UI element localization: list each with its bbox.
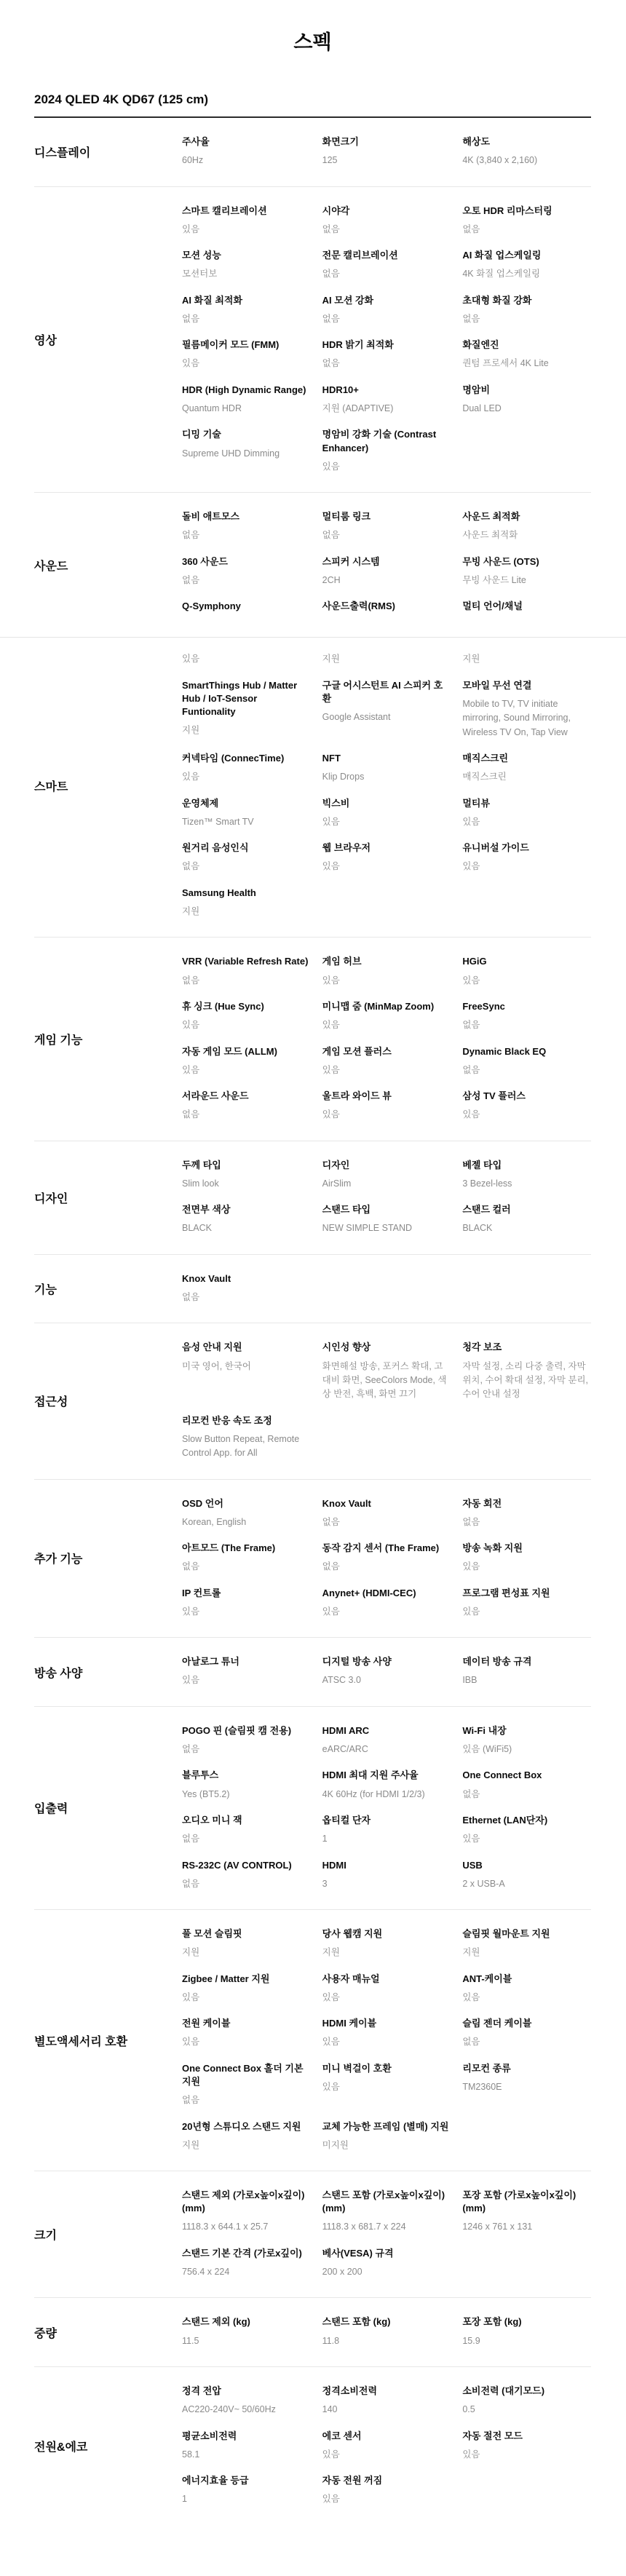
spec-value: 있음: [462, 2448, 591, 2462]
spec-item: POGO 핀 (슬림핏 캠 전용)없음: [182, 1724, 311, 1757]
spec-label: NFT: [322, 752, 451, 765]
spec-value: 0.5: [462, 2403, 591, 2417]
spec-section: 전원&에코정격 전압AC220-240V~ 50/60Hz정격소비전력140소비…: [34, 2366, 591, 2525]
spec-item: 오디오 미니 잭없음: [182, 1814, 311, 1847]
spec-value: 3 Bezel-less: [462, 1177, 591, 1191]
spec-label: 삼성 TV 플러스: [462, 1090, 591, 1103]
spec-item: 멀티룸 링크없음: [322, 510, 451, 543]
spec-value: 있음: [322, 860, 451, 873]
spec-item: 스탠드 포함 (가로x높이x깊이) (mm)1118.3 x 681.7 x 2…: [322, 2189, 451, 2235]
spec-item: One Connect Box없음: [462, 1769, 591, 1802]
spec-value: 지원: [322, 1946, 451, 1959]
spec-value: 58.1: [182, 2448, 311, 2462]
spec-label: 초대형 화질 강화: [462, 294, 591, 307]
spec-item: Q-Symphony: [182, 600, 311, 619]
spec-value: 140: [322, 2403, 451, 2417]
spec-item: HDR10+지원 (ADAPTIVE): [322, 384, 451, 416]
spec-item: 리모컨 종류TM2360E: [462, 2062, 591, 2108]
spec-label: 게임 허브: [322, 955, 451, 968]
spec-value: 있음: [322, 2492, 451, 2506]
spec-label: 원거리 음성인식: [182, 841, 311, 855]
spec-item: 교체 가능한 프레임 (별매) 지원미지원: [322, 2120, 451, 2153]
spec-value: 있음: [322, 1605, 451, 1619]
spec-item: 자동 절전 모드있음: [462, 2430, 591, 2462]
spec-label: 화면크기: [322, 135, 451, 148]
spec-value: 없음: [322, 1560, 451, 1574]
spec-label: 스마트 캘리브레이션: [182, 205, 311, 218]
spec-item: Anynet+ (HDMI-CEC)있음: [322, 1587, 451, 1620]
section-title: 방송 사양: [34, 1655, 182, 1700]
spec-label: 디밍 기술: [182, 428, 311, 441]
spec-label: Knox Vault: [182, 1272, 311, 1285]
spec-section: 사운드돌비 애트모스없음멀티룸 링크없음사운드 최적화사운드 최적화360 사운…: [34, 492, 591, 637]
spec-value: 1: [322, 1832, 451, 1846]
spec-value: 없음: [182, 1877, 311, 1891]
spec-value: 있음: [322, 2448, 451, 2462]
spec-value: 있음: [322, 974, 451, 988]
spec-label: 슬림 젠더 케이블: [462, 2017, 591, 2030]
spec-item: 미니 벽걸이 호환있음: [322, 2062, 451, 2108]
spec-label: 에너지효율 등급: [182, 2474, 311, 2487]
spec-label: 데이터 방송 규격: [462, 1655, 591, 1668]
spec-value: 미국 영어, 한국어: [182, 1360, 311, 1374]
spec-item: 20년형 스튜디오 스탠드 지원지원: [182, 2120, 311, 2153]
spec-item: Samsung Health지원: [182, 887, 311, 919]
spec-item: 정격소비전력140: [322, 2385, 451, 2417]
section-grid: 스탠드 제외 (kg)11.5스탠드 포함 (kg)11.8포장 포함 (kg)…: [182, 2315, 591, 2361]
spec-value: 15.9: [462, 2334, 591, 2348]
spec-page: 스펙 2024 QLED 4K QD67 (125 cm) 디스플레이주사율60…: [0, 0, 626, 2576]
spec-label: HDR (High Dynamic Range): [182, 384, 311, 397]
spec-item: 스탠드 제외 (kg)11.5: [182, 2315, 311, 2348]
spec-item: 울트라 와이드 뷰있음: [322, 1090, 451, 1122]
section-grid: 주사율60Hz화면크기125해상도4K (3,840 x 2,160): [182, 135, 591, 181]
spec-label: 전면부 색상: [182, 1203, 311, 1216]
spec-value: 지원: [182, 905, 311, 919]
spec-value: 없음: [322, 223, 451, 237]
spec-label: 동작 감지 센서 (The Frame): [322, 1542, 451, 1555]
spec-item: 서라운드 사운드없음: [182, 1090, 311, 1122]
spec-label: 웹 브라우저: [322, 841, 451, 855]
spec-value: 무빙 사운드 Lite: [462, 574, 591, 587]
spec-item: 베젤 타입3 Bezel-less: [462, 1159, 591, 1192]
spec-value: 없음: [182, 860, 311, 873]
spec-item: 스마트 캘리브레이션있음: [182, 205, 311, 237]
spec-item: 청각 보조자막 설정, 소리 다중 출력, 자막 위치, 수어 확대 설정, 자…: [462, 1341, 591, 1401]
spec-label: 스피커 시스템: [322, 555, 451, 568]
spec-label: 스탠드 기본 간격 (가로x깊이): [182, 2247, 311, 2260]
spec-item: 휴 싱크 (Hue Sync)있음: [182, 1000, 311, 1033]
spec-value: Mobile to TV, TV initiate mirroring, Sou…: [462, 697, 591, 740]
spec-label: Dynamic Black EQ: [462, 1045, 591, 1058]
spec-item: 스탠드 포함 (kg)11.8: [322, 2315, 451, 2348]
spec-item: 해상도4K (3,840 x 2,160): [462, 135, 591, 168]
spec-label: 전원 케이블: [182, 2017, 311, 2030]
spec-item: 360 사운드없음: [182, 555, 311, 588]
spec-value: 4K (3,840 x 2,160): [462, 154, 591, 167]
spec-label: 게임 모션 플러스: [322, 1045, 451, 1058]
spec-value: 없음: [462, 223, 591, 237]
spec-value: 없음: [322, 357, 451, 370]
spec-label: 시인성 향상: [322, 1341, 451, 1354]
spec-item: 정격 전압AC220-240V~ 50/60Hz: [182, 2385, 311, 2417]
spec-label: 멀티룸 링크: [322, 510, 451, 523]
spec-value: Quantum HDR: [182, 402, 311, 416]
spec-value: 없음: [322, 1515, 451, 1529]
spec-label: 당사 웹캠 지원: [322, 1927, 451, 1941]
spec-value: 퀀텀 프로세서 4K Lite: [462, 357, 591, 370]
spec-item: 포장 포함 (가로x높이x깊이) (mm)1246 x 761 x 131: [462, 2189, 591, 2235]
spec-label: 옵티컬 단자: [322, 1814, 451, 1827]
spec-item: NFTKlip Drops: [322, 752, 451, 785]
spec-label: 서라운드 사운드: [182, 1090, 311, 1103]
spec-label: 미니맵 줌 (MinMap Zoom): [322, 1000, 451, 1013]
spec-label: RS-232C (AV CONTROL): [182, 1859, 311, 1872]
spec-label: 오토 HDR 리마스터링: [462, 205, 591, 218]
spec-label: Anynet+ (HDMI-CEC): [322, 1587, 451, 1600]
spec-section: 디자인두께 타입Slim look디자인AirSlim베젤 타입3 Bezel-…: [34, 1141, 591, 1254]
spec-section: 접근성음성 안내 지원미국 영어, 한국어시인성 향상화면해설 방송, 포커스 …: [34, 1323, 591, 1478]
spec-item: 블루투스Yes (BT5.2): [182, 1769, 311, 1802]
spec-value: 지원 (ADAPTIVE): [322, 402, 451, 416]
spec-item: OSD 언어Korean, English: [182, 1497, 311, 1530]
spec-item: 매직스크린매직스크린: [462, 752, 591, 785]
spec-label: HDMI: [322, 1859, 451, 1872]
spec-value: Slim look: [182, 1177, 311, 1191]
spec-value: 사운드 최적화: [462, 528, 591, 542]
spec-value: AC220-240V~ 50/60Hz: [182, 2403, 311, 2417]
spec-section: 스마트있음지원지원SmartThings Hub / Matter Hub / …: [34, 638, 591, 937]
spec-label: 아날로그 튜너: [182, 1655, 311, 1668]
spec-label: 멀티뷰: [462, 797, 591, 810]
spec-item: 포장 포함 (kg)15.9: [462, 2315, 591, 2348]
spec-value: Supreme UHD Dimming: [182, 447, 311, 461]
spec-item: 슬림핏 월마운트 지원지원: [462, 1927, 591, 1960]
spec-item: AI 화질 업스케일링4K 화질 업스케일링: [462, 249, 591, 282]
spec-item: 두께 타입Slim look: [182, 1159, 311, 1192]
spec-label: 리모컨 반응 속도 조정: [182, 1414, 311, 1427]
section-grid: 두께 타입Slim look디자인AirSlim베젤 타입3 Bezel-les…: [182, 1159, 591, 1248]
spec-label: POGO 핀 (슬림핏 캠 전용): [182, 1724, 311, 1737]
spec-item: 있음: [182, 652, 311, 666]
section-grid: VRR (Variable Refresh Rate)없음게임 허브있음HGiG…: [182, 955, 591, 1134]
spec-item: 자동 게임 모드 (ALLM)있음: [182, 1045, 311, 1078]
spec-item: RS-232C (AV CONTROL)없음: [182, 1859, 311, 1892]
spec-label: One Connect Box: [462, 1769, 591, 1782]
section-grid: 돌비 애트모스없음멀티룸 링크없음사운드 최적화사운드 최적화360 사운드없음…: [182, 510, 591, 631]
section-title: 디스플레이: [34, 135, 182, 181]
spec-value: 없음: [182, 1108, 311, 1122]
spec-value: 없음: [182, 1560, 311, 1574]
spec-item: 아트모드 (The Frame)없음: [182, 1542, 311, 1574]
spec-item: 멀티뷰있음: [462, 797, 591, 830]
spec-value: 있음: [322, 1063, 451, 1077]
spec-item: 웹 브라우저있음: [322, 841, 451, 874]
spec-item: HDMI ARCeARC/ARC: [322, 1724, 451, 1757]
spec-value: 없음: [182, 974, 311, 988]
spec-item: 스탠드 컬러BLACK: [462, 1203, 591, 1236]
spec-label: 리모컨 종류: [462, 2062, 591, 2075]
spec-value: 없음: [322, 528, 451, 542]
spec-label: 해상도: [462, 135, 591, 148]
spec-label: 360 사운드: [182, 555, 311, 568]
spec-label: 모션 성능: [182, 249, 311, 262]
spec-value: 없음: [182, 1291, 311, 1304]
spec-item: 화질엔진퀀텀 프로세서 4K Lite: [462, 338, 591, 371]
spec-value: 있음: [182, 223, 311, 237]
spec-value: 있음: [462, 974, 591, 988]
spec-label: 자동 회전: [462, 1497, 591, 1510]
spec-value: 없음: [462, 312, 591, 326]
spec-value: 있음: [182, 1991, 311, 2005]
spec-label: 청각 보조: [462, 1341, 591, 1354]
spec-item: 명암비 강화 기술 (Contrast Enhancer)있음: [322, 428, 451, 474]
spec-item: AI 모션 강화없음: [322, 294, 451, 327]
spec-section: 디스플레이주사율60Hz화면크기125해상도4K (3,840 x 2,160): [34, 118, 591, 186]
spec-value: 지원: [182, 2139, 311, 2152]
section-title: 별도액세서리 호환: [34, 1927, 182, 2165]
spec-label: 디지털 방송 사양: [322, 1655, 451, 1668]
spec-label: HDMI ARC: [322, 1724, 451, 1737]
spec-value: Slow Button Repeat, Remote Control App. …: [182, 1432, 311, 1461]
spec-value: 없음: [182, 574, 311, 587]
spec-table: 디스플레이주사율60Hz화면크기125해상도4K (3,840 x 2,160)…: [34, 116, 591, 2525]
spec-section: 방송 사양아날로그 튜너있음디지털 방송 사양ATSC 3.0데이터 방송 규격…: [34, 1637, 591, 1706]
spec-label: 울트라 와이드 뷰: [322, 1090, 451, 1103]
spec-value: ATSC 3.0: [322, 1673, 451, 1687]
spec-label: 매직스크린: [462, 752, 591, 765]
spec-section: 추가 기능OSD 언어Korean, EnglishKnox Vault없음자동…: [34, 1479, 591, 1638]
spec-value: 125: [322, 154, 451, 167]
section-grid: 스마트 캘리브레이션있음시야각없음오토 HDR 리마스터링없음모션 성능모션터보…: [182, 205, 591, 487]
spec-item: 미니맵 줌 (MinMap Zoom)있음: [322, 1000, 451, 1033]
section-grid: 풀 모션 슬림핏지원당사 웹캠 지원지원슬림핏 월마운트 지원지원Zigbee …: [182, 1927, 591, 2165]
spec-item: USB2 x USB-A: [462, 1859, 591, 1892]
spec-label: 프로그램 편성표 지원: [462, 1587, 591, 1600]
spec-value: 있음: [462, 1605, 591, 1619]
spec-item: 스탠드 기본 간격 (가로x깊이)756.4 x 224: [182, 2247, 311, 2280]
spec-item: 모바일 무선 연결Mobile to TV, TV initiate mirro…: [462, 679, 591, 740]
spec-item: 디자인AirSlim: [322, 1159, 451, 1192]
spec-item: HGiG있음: [462, 955, 591, 988]
spec-value: 있음: [182, 1018, 311, 1032]
spec-label: 평균소비전력: [182, 2430, 311, 2443]
spec-label: Knox Vault: [322, 1497, 451, 1510]
spec-item: 지원: [462, 652, 591, 666]
spec-label: 사운드출력(RMS): [322, 600, 451, 613]
spec-label: 주사율: [182, 135, 311, 148]
spec-item: 에코 센서있음: [322, 2430, 451, 2462]
spec-item: 시야각없음: [322, 205, 451, 237]
spec-item: 전면부 색상BLACK: [182, 1203, 311, 1236]
spec-value: NEW SIMPLE STAND: [322, 1221, 451, 1235]
spec-value: 없음: [182, 1832, 311, 1846]
spec-label: 오디오 미니 잭: [182, 1814, 311, 1827]
spec-item: Knox Vault없음: [182, 1272, 311, 1305]
spec-label: 20년형 스튜디오 스탠드 지원: [182, 2120, 311, 2133]
spec-value: 있음: [322, 2080, 451, 2094]
spec-value: 없음: [182, 1743, 311, 1756]
spec-label: 미니 벽걸이 호환: [322, 2062, 451, 2075]
spec-label: 무빙 사운드 (OTS): [462, 555, 591, 568]
spec-item: 유니버설 가이드있음: [462, 841, 591, 874]
spec-value: 3: [322, 1877, 451, 1891]
spec-item: 소비전력 (대기모드)0.5: [462, 2385, 591, 2417]
model-name: 2024 QLED 4K QD67 (125 cm): [34, 92, 591, 107]
spec-label: USB: [462, 1859, 591, 1872]
spec-value: 있음: [462, 1832, 591, 1846]
spec-value: BLACK: [182, 1221, 311, 1235]
spec-item: ANT-케이블있음: [462, 1973, 591, 2005]
spec-label: 디자인: [322, 1159, 451, 1172]
spec-value: 11.5: [182, 2334, 311, 2348]
spec-value: Google Assistant: [322, 710, 451, 724]
spec-value: 1: [182, 2492, 311, 2506]
spec-item: SmartThings Hub / Matter Hub / IoT-Senso…: [182, 679, 311, 740]
section-grid: OSD 언어Korean, EnglishKnox Vault없음자동 회전없음…: [182, 1497, 591, 1632]
page-title: 스펙: [34, 0, 591, 76]
spec-label: 구글 어시스턴트 AI 스피커 호환: [322, 679, 451, 705]
spec-label: 정격 전압: [182, 2385, 311, 2398]
spec-label: 자동 절전 모드: [462, 2430, 591, 2443]
spec-label: 소비전력 (대기모드): [462, 2385, 591, 2398]
spec-item: 무빙 사운드 (OTS)무빙 사운드 Lite: [462, 555, 591, 588]
spec-value: 있음: [182, 1605, 311, 1619]
spec-label: HDMI 최대 지원 주사율: [322, 1769, 451, 1782]
spec-item: 자동 전원 꺼짐있음: [322, 2474, 451, 2507]
spec-value: 매직스크린: [462, 770, 591, 784]
spec-value: 11.8: [322, 2334, 451, 2348]
spec-value: 있음: [182, 1063, 311, 1077]
spec-label: 시야각: [322, 205, 451, 218]
spec-label: SmartThings Hub / Matter Hub / IoT-Senso…: [182, 679, 311, 719]
spec-item: 오토 HDR 리마스터링없음: [462, 205, 591, 237]
spec-value: Yes (BT5.2): [182, 1788, 311, 1802]
spec-value: 지원: [462, 1946, 591, 1959]
spec-value: 있음: [322, 1018, 451, 1032]
spec-label: 스탠드 포함 (kg): [322, 2315, 451, 2329]
spec-item: 게임 모션 플러스있음: [322, 1045, 451, 1078]
spec-item: 멀티 언어/채널: [462, 600, 591, 619]
spec-item: 주사율60Hz: [182, 135, 311, 168]
spec-label: 전문 캘리브레이션: [322, 249, 451, 262]
spec-item: 사운드 최적화사운드 최적화: [462, 510, 591, 543]
spec-label: FreeSync: [462, 1000, 591, 1013]
spec-label: 필름메이커 모드 (FMM): [182, 338, 311, 352]
spec-item: HDMI3: [322, 1859, 451, 1892]
spec-label: 사용자 매뉴얼: [322, 1973, 451, 1986]
spec-item: 구글 어시스턴트 AI 스피커 호환Google Assistant: [322, 679, 451, 740]
spec-label: 스탠드 포함 (가로x높이x깊이) (mm): [322, 2189, 451, 2215]
spec-label: 아트모드 (The Frame): [182, 1542, 311, 1555]
spec-label: 운영체제: [182, 797, 311, 810]
spec-value: eARC/ARC: [322, 1743, 451, 1756]
section-grid: 음성 안내 지원미국 영어, 한국어시인성 향상화면해설 방송, 포커스 확대,…: [182, 1341, 591, 1473]
spec-section: 게임 기능VRR (Variable Refresh Rate)없음게임 허브있…: [34, 937, 591, 1140]
spec-item: 운영체제Tizen™ Smart TV: [182, 797, 311, 830]
spec-label: 화질엔진: [462, 338, 591, 352]
spec-item: 디지털 방송 사양ATSC 3.0: [322, 1655, 451, 1688]
spec-item: 스탠드 타입NEW SIMPLE STAND: [322, 1203, 451, 1236]
spec-item: 디밍 기술Supreme UHD Dimming: [182, 428, 311, 474]
spec-label: 휴 싱크 (Hue Sync): [182, 1000, 311, 1013]
spec-item: 에너지효율 등급1: [182, 2474, 311, 2507]
spec-item: 당사 웹캠 지원지원: [322, 1927, 451, 1960]
spec-item: 돌비 애트모스없음: [182, 510, 311, 543]
spec-label: ANT-케이블: [462, 1973, 591, 1986]
spec-item: HDMI 케이블있음: [322, 2017, 451, 2050]
spec-label: 스탠드 제외 (가로x높이x깊이)(mm): [182, 2189, 311, 2215]
spec-item: HDMI 최대 지원 주사율4K 60Hz (for HDMI 1/2/3): [322, 1769, 451, 1802]
spec-value: 있음: [322, 1108, 451, 1122]
spec-label: 방송 녹화 지원: [462, 1542, 591, 1555]
spec-value: 없음: [462, 1788, 591, 1802]
spec-label: 풀 모션 슬림핏: [182, 1927, 311, 1941]
spec-label: AI 화질 업스케일링: [462, 249, 591, 262]
spec-item: Ethernet (LAN단자)있음: [462, 1814, 591, 1847]
spec-label: 돌비 애트모스: [182, 510, 311, 523]
spec-label: IP 컨트롤: [182, 1587, 311, 1600]
section-grid: 있음지원지원SmartThings Hub / Matter Hub / IoT…: [182, 652, 591, 931]
spec-value: 지원: [322, 652, 451, 666]
spec-item: Dynamic Black EQ없음: [462, 1045, 591, 1078]
spec-value: 없음: [462, 2035, 591, 2049]
spec-value: 있음: [182, 2035, 311, 2049]
spec-label: 블루투스: [182, 1769, 311, 1782]
spec-value: 없음: [462, 1515, 591, 1529]
spec-item: 자동 회전없음: [462, 1497, 591, 1530]
spec-label: HDR10+: [322, 384, 451, 397]
spec-value: Klip Drops: [322, 770, 451, 784]
spec-value: 있음: [322, 2035, 451, 2049]
spec-label: Wi-Fi 내장: [462, 1724, 591, 1737]
spec-value: 없음: [322, 267, 451, 281]
spec-value: 4K 화질 업스케일링: [462, 267, 591, 281]
spec-label: HDR 밝기 최적화: [322, 338, 451, 352]
spec-value: 지원: [182, 1946, 311, 1959]
spec-item: Wi-Fi 내장있음 (WiFi5): [462, 1724, 591, 1757]
spec-value: 있음: [182, 1673, 311, 1687]
spec-value: 없음: [182, 2093, 311, 2107]
spec-value: AirSlim: [322, 1177, 451, 1191]
spec-value: 있음: [462, 1560, 591, 1574]
spec-label: 멀티 언어/채널: [462, 600, 591, 613]
section-grid: 아날로그 튜너있음디지털 방송 사양ATSC 3.0데이터 방송 규격IBB: [182, 1655, 591, 1700]
spec-item: 사용자 매뉴얼있음: [322, 1973, 451, 2005]
spec-label: 명암비 강화 기술 (Contrast Enhancer): [322, 428, 451, 454]
spec-value: 있음: [462, 860, 591, 873]
spec-value: 있음: [182, 357, 311, 370]
spec-value: Dual LED: [462, 402, 591, 416]
section-title: 입출력: [34, 1724, 182, 1903]
spec-label: HGiG: [462, 955, 591, 968]
spec-label: 포장 포함 (가로x높이x깊이) (mm): [462, 2189, 591, 2215]
spec-label: 사운드 최적화: [462, 510, 591, 523]
spec-section: 입출력POGO 핀 (슬림핏 캠 전용)없음HDMI ARCeARC/ARCWi…: [34, 1706, 591, 1909]
spec-value: 없음: [182, 528, 311, 542]
spec-item: 전원 케이블있음: [182, 2017, 311, 2050]
spec-label: 스탠드 제외 (kg): [182, 2315, 311, 2329]
section-grid: Knox Vault없음: [182, 1272, 591, 1317]
spec-value: 4K 60Hz (for HDMI 1/2/3): [322, 1788, 451, 1802]
spec-item: 스피커 시스템2CH: [322, 555, 451, 588]
spec-label: 커넥타임 (ConnecTime): [182, 752, 311, 765]
spec-label: Samsung Health: [182, 887, 311, 900]
spec-item: 시인성 향상화면해설 방송, 포커스 확대, 고대비 화면, SeeColors…: [322, 1341, 451, 1401]
spec-label: AI 화질 최적화: [182, 294, 311, 307]
spec-item: 명암비Dual LED: [462, 384, 591, 416]
section-grid: POGO 핀 (슬림핏 캠 전용)없음HDMI ARCeARC/ARCWi-Fi…: [182, 1724, 591, 1903]
